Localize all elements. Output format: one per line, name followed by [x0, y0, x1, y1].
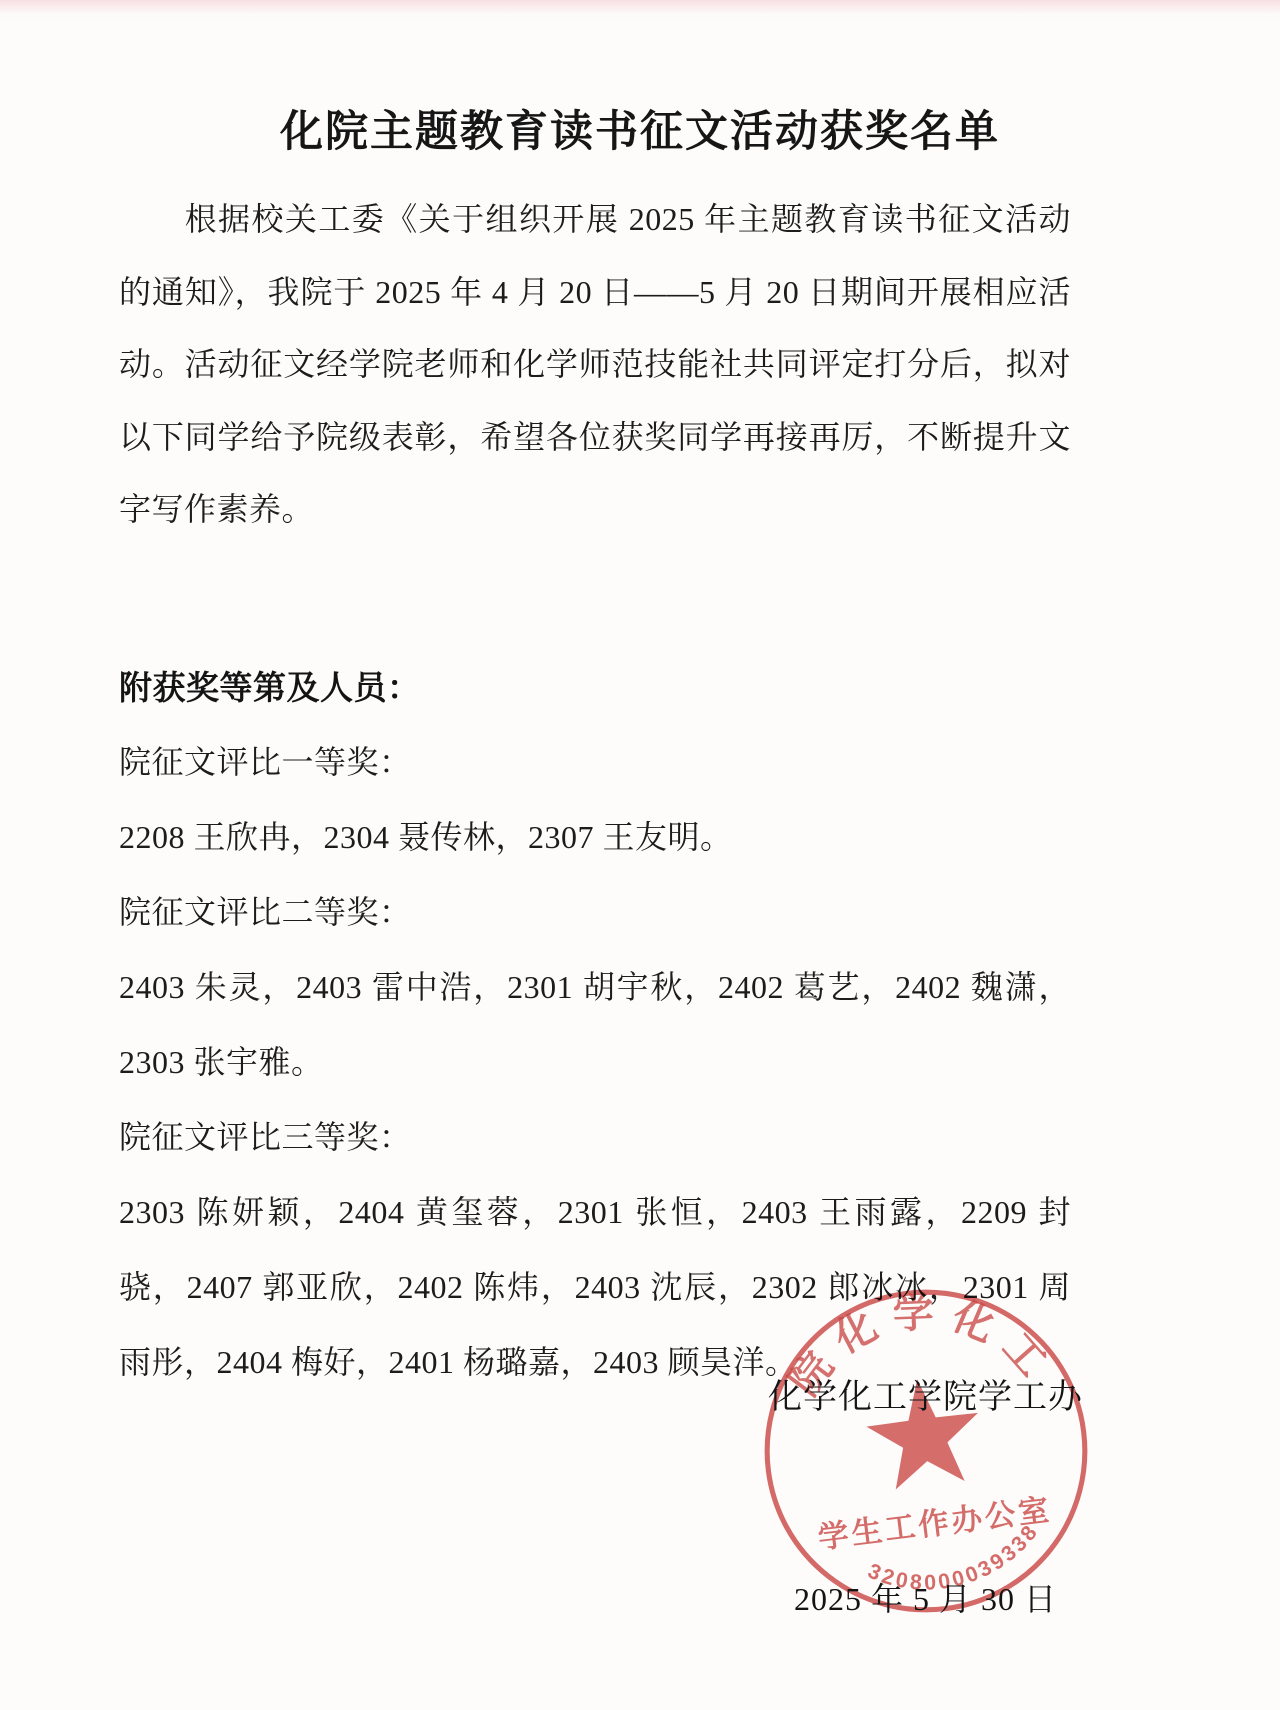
intro-paragraph: 根据校关工委《关于组织开展 2025 年主题教育读书征文活动的通知》，我院于 2…: [119, 183, 1071, 546]
appendix-heading: 附获奖等第及人员：: [119, 650, 1071, 725]
signature-department: 化学化工学院学工办: [768, 1369, 1083, 1418]
award-winners-list: 2208 王欣冉，2304 聂传林，2307 王友明。: [119, 800, 1071, 875]
award-tier-second: 院征文评比二等奖： 2403 朱灵，2403 雷中浩，2301 胡宇秋，2402…: [119, 875, 1071, 1100]
scan-artifact-tint: [0, 0, 1280, 26]
award-winners-list: 2403 朱灵，2403 雷中浩，2301 胡宇秋，2402 葛艺，2402 魏…: [119, 950, 1071, 1100]
award-tier-first: 院征文评比一等奖： 2208 王欣冉，2304 聂传林，2307 王友明。: [119, 725, 1071, 875]
document-page: 化院主题教育读书征文活动获奖名单 根据校关工委《关于组织开展 2025 年主题教…: [0, 0, 1280, 1710]
award-tier-label: 院征文评比二等奖：: [119, 875, 1071, 950]
award-tier-label: 院征文评比三等奖：: [119, 1100, 1071, 1175]
page-title: 化院主题教育读书征文活动获奖名单: [0, 98, 1280, 159]
award-tier-label: 院征文评比一等奖：: [119, 725, 1071, 800]
signature-date: 2025 年 5 月 30 日: [794, 1574, 1057, 1620]
